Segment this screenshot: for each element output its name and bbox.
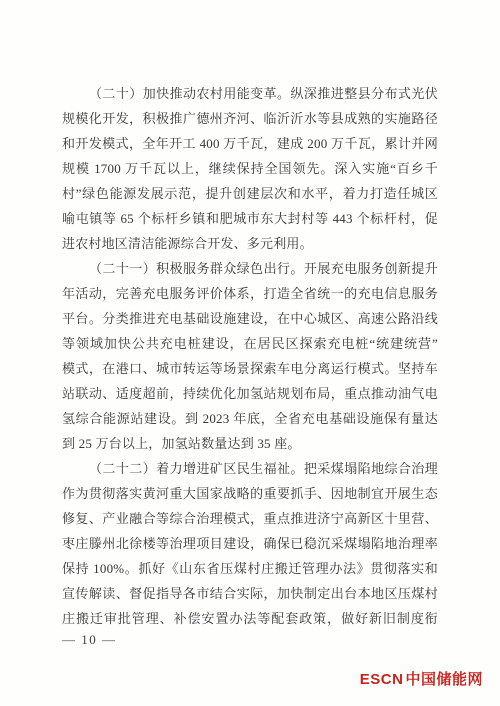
text-line: 站联动、适度超前，持续优化加氢站规划布局，重点推动油气电 (62, 381, 438, 406)
document-page: （二十）加快推动农村用能变革。纵深推进整县分布式光伏规模化开发，积极推广德州齐河… (0, 0, 500, 706)
text-line: （二十）加快推动农村用能变革。纵深推进整县分布式光伏 (62, 81, 438, 106)
text-line: 规模 1700 万千瓦以上，继续保持全国领先。深入实施“百乡千 (62, 156, 438, 181)
text-line: 宣传解读、督促指导各市结合实际，加快制定出台本地区压煤村 (62, 581, 438, 606)
text-line: 枣庄滕州北徐楼等治理项目建设，确保已稳沉采煤塌陷地治理率 (62, 531, 438, 556)
text-line: （二十二）着力增进矿区民生福祉。把采煤塌陷地综合治理 (62, 456, 438, 481)
text-line: 到 25 万台以上，加氢站数量达到 35 座。 (62, 431, 438, 456)
text-line: 进农村地区清洁能源综合开发、多元利用。 (62, 231, 438, 256)
text-line: 和开发模式，全年开工 400 万千瓦，建成 200 万千瓦，累计并网 (62, 131, 438, 156)
text-line: 作为贯彻落实黄河重大国家战略的重要抓手、因地制宜开展生态 (62, 481, 438, 506)
text-line: 平台。分类推进充电基础设施建设，在中心城区、高速公路沿线 (62, 306, 438, 331)
text-line: 模式，在港口、城市转运等场景探索车电分离运行模式。坚持车 (62, 356, 438, 381)
text-line: 年活动，完善充电服务评价体系，打造全省统一的充电信息服务 (62, 281, 438, 306)
paragraph: （二十）加快推动农村用能变革。纵深推进整县分布式光伏规模化开发，积极推广德州齐河… (62, 81, 438, 256)
watermark-cjk-text: 中国储能网 (405, 671, 483, 688)
text-line: （二十一）积极服务群众绿色出行。开展充电服务创新提升 (62, 256, 438, 281)
text-line: 氢综合能源站建设。到 2023 年底，全省充电基础设施保有量达 (62, 406, 438, 431)
page-number: — 10 — (62, 630, 117, 650)
watermark-logo: ESCN中国储能网 (360, 670, 483, 690)
text-block: （二十）加快推动农村用能变革。纵深推进整县分布式光伏规模化开发，积极推广德州齐河… (62, 81, 438, 631)
text-line: 等领域加快公共充电桩建设，在居民区探索充电桩“统建统营” (62, 331, 438, 356)
text-line: 村”绿色能源发展示范，提升创建层次和水平，着力打造任城区 (62, 181, 438, 206)
text-line: 规模化开发，积极推广德州齐河、临沂沂水等县成熟的实施路径 (62, 106, 438, 131)
text-line: 喻屯镇等 65 个标杆乡镇和肥城市东大封村等 443 个标杆村，促 (62, 206, 438, 231)
paragraph: （二十一）积极服务群众绿色出行。开展充电服务创新提升年活动，完善充电服务评价体系… (62, 256, 438, 456)
text-line: 修复、产业融合等综合治理模式，重点推进济宁高新区十里营、 (62, 506, 438, 531)
watermark-escn-text: ESCN (360, 671, 406, 688)
paragraph: （二十二）着力增进矿区民生福祉。把采煤塌陷地综合治理作为贯彻落实黄河重大国家战略… (62, 456, 438, 631)
text-line: 保持 100%。抓好《山东省压煤村庄搬迁管理办法》贯彻落实和 (62, 556, 438, 581)
text-line: 庄搬迁审批管理、补偿安置办法等配套政策，做好新旧制度衔接， (62, 606, 438, 631)
